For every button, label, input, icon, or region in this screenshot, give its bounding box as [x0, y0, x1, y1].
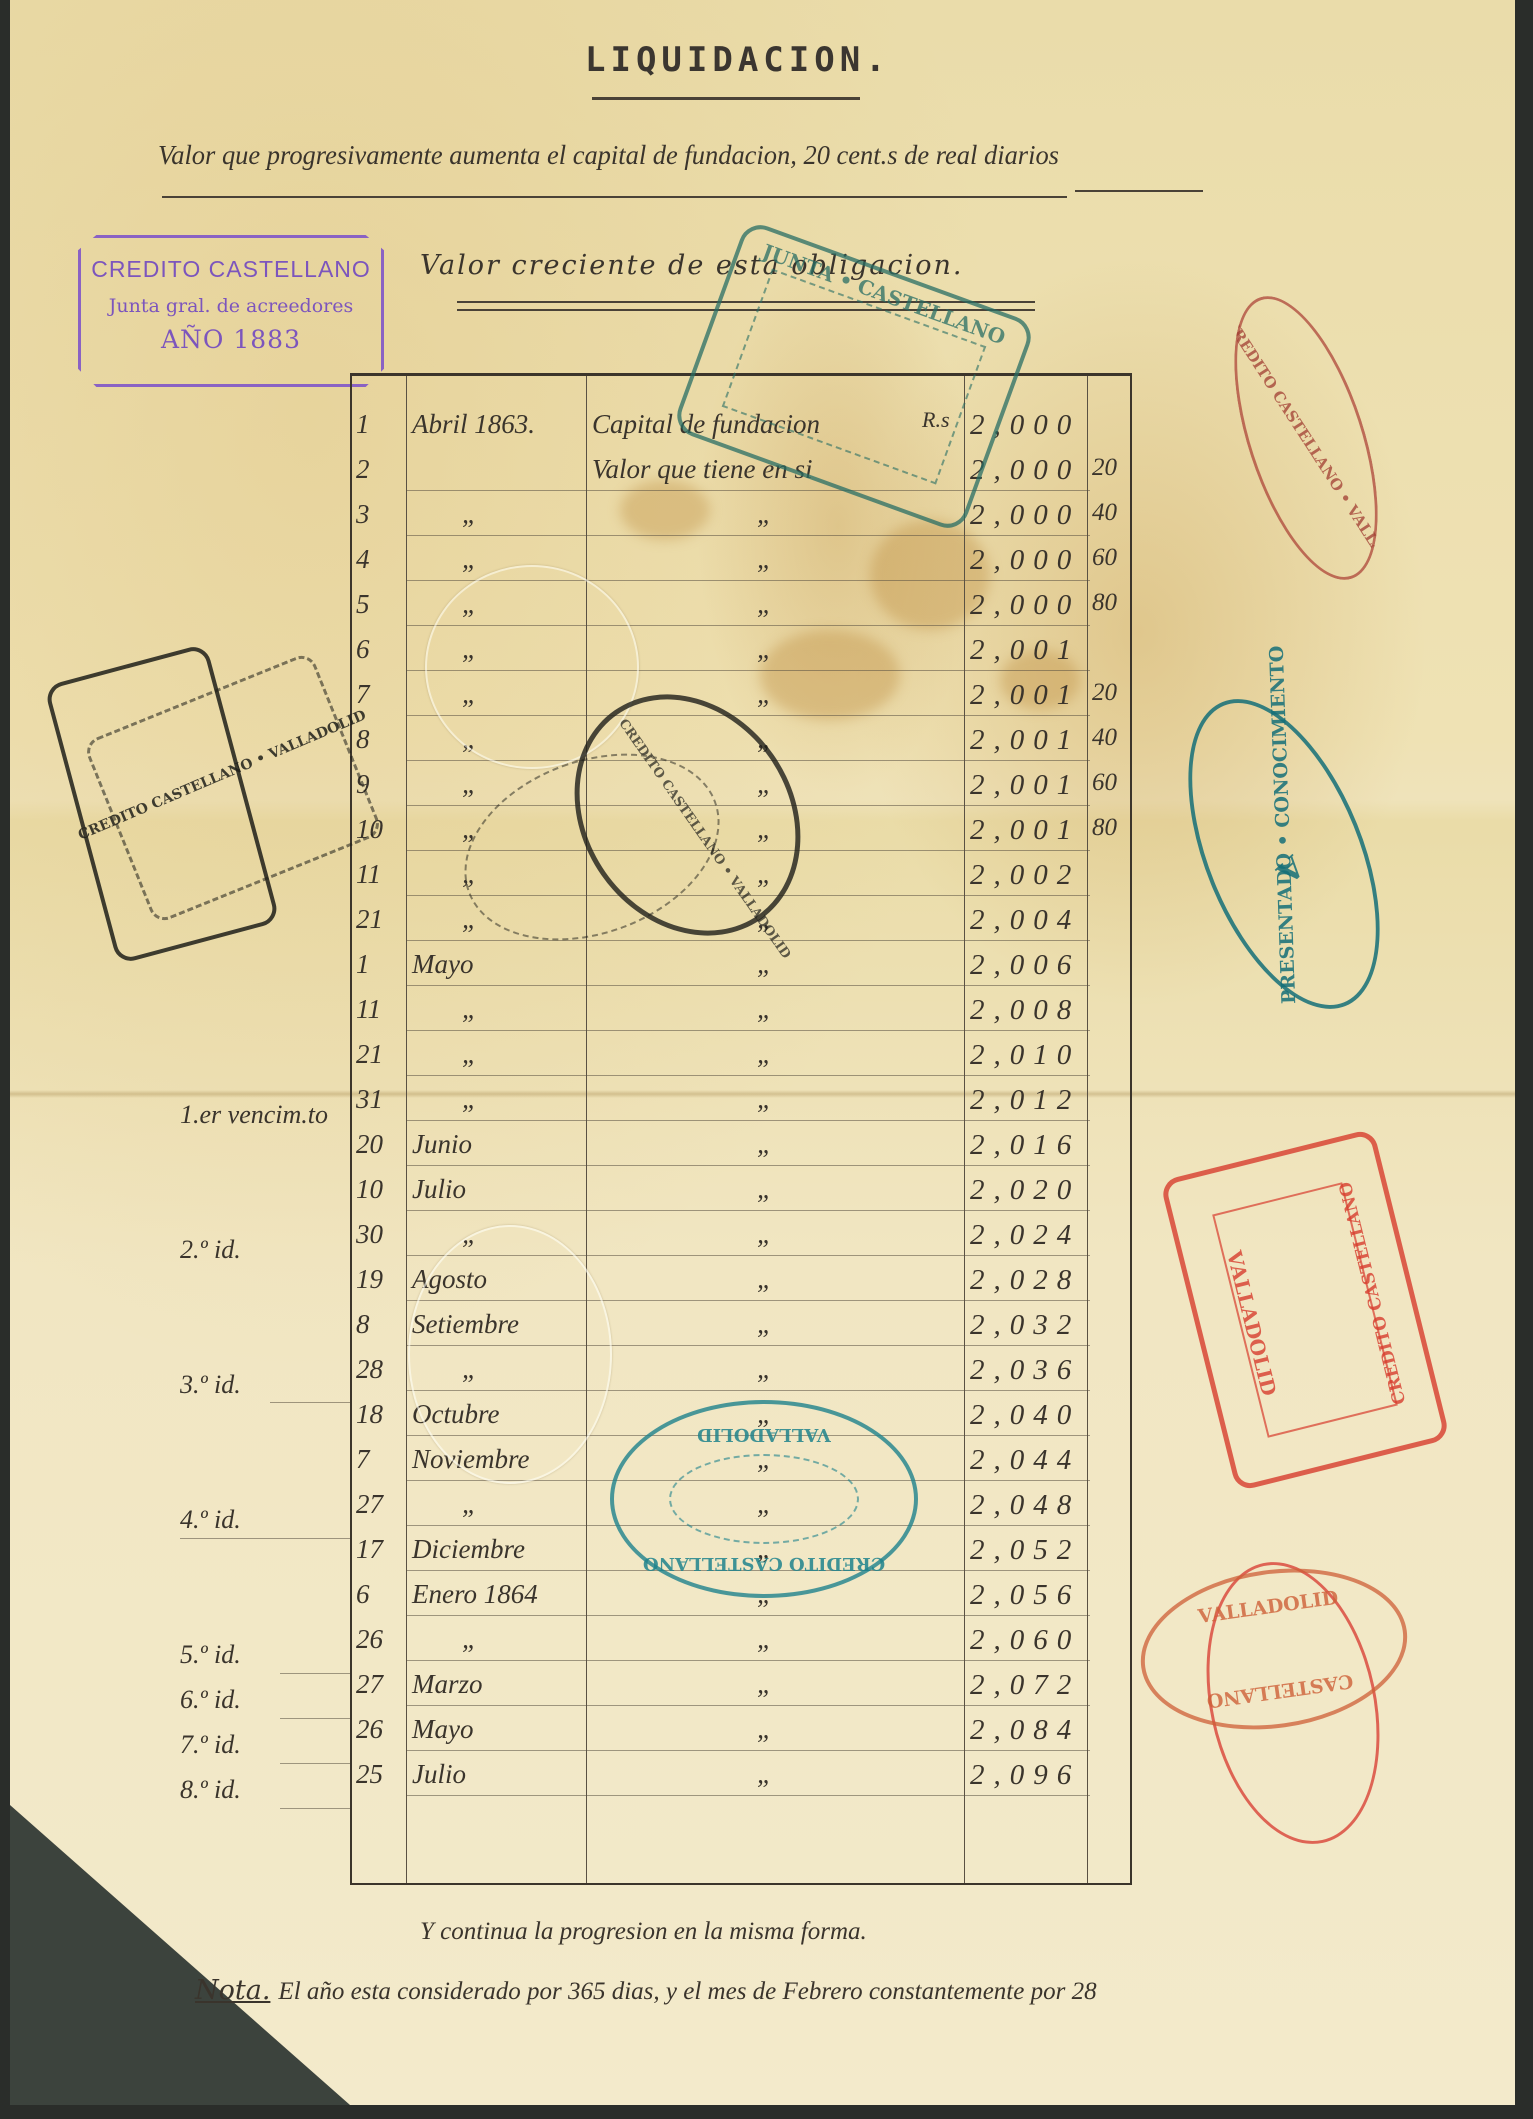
- maturity-rule: [280, 1673, 350, 1674]
- table-row: 10 Julio „ 2,020: [352, 1166, 1130, 1211]
- maturity-rule: [280, 1718, 350, 1719]
- table-row: 5 „ „ 2,000 80: [352, 581, 1130, 626]
- table-row: 7 „ „ 2,001 20: [352, 671, 1130, 716]
- row-day: 8: [356, 1309, 406, 1340]
- note-label: Nota.: [195, 1975, 270, 2006]
- row-day: 9: [356, 769, 406, 800]
- maturity-label: 7.º id.: [180, 1730, 241, 1760]
- maturity-label: 3.º id.: [180, 1370, 241, 1400]
- row-amount: 2,000: [970, 499, 1080, 532]
- row-amount: 2,024: [970, 1219, 1080, 1252]
- row-month: Agosto: [412, 1264, 487, 1295]
- row-description: „: [757, 1579, 772, 1610]
- maturity-label: 4.º id.: [180, 1505, 241, 1535]
- table-row: 11 „ „ 2,002: [352, 851, 1130, 896]
- row-day: 27: [356, 1669, 406, 1700]
- row-cents: 80: [1092, 814, 1117, 842]
- table-row: 10 „ „ 2,001 80: [352, 806, 1130, 851]
- row-cents: 40: [1092, 499, 1117, 527]
- row-amount: 2,096: [970, 1759, 1080, 1792]
- maturity-rule: [180, 1538, 350, 1539]
- row-month: „: [462, 499, 477, 530]
- purple-rect-stamp: CREDITO CASTELLANO Junta gral. de acreed…: [78, 235, 384, 387]
- title-underline: [592, 97, 860, 100]
- row-description: „: [757, 1669, 772, 1700]
- row-amount: 2,010: [970, 1039, 1080, 1072]
- row-month: „: [462, 904, 477, 935]
- footer-note: Nota.El año esta considerado por 365 dia…: [195, 1975, 1097, 2006]
- table-row: 6 Enero 1864 „ 2,056: [352, 1571, 1130, 1616]
- row-amount: 2,040: [970, 1399, 1080, 1432]
- table-row: 21 „ „ 2,004: [352, 896, 1130, 941]
- document-title: LIQUIDACION.: [585, 40, 885, 80]
- row-description: „: [757, 499, 772, 530]
- row-unit: R.s: [922, 407, 950, 433]
- row-day: 26: [356, 1624, 406, 1655]
- row-day: 17: [356, 1534, 406, 1565]
- table-row: 11 „ „ 2,008: [352, 986, 1130, 1031]
- maturity-rule: [270, 1402, 350, 1403]
- row-day: 11: [356, 859, 406, 890]
- table-row: 2 Valor que tiene en si 2,000 20: [352, 446, 1130, 491]
- row-description: Valor que tiene en si: [592, 454, 962, 485]
- row-day: 3: [356, 499, 406, 530]
- row-day: 8: [356, 724, 406, 755]
- row-day: 26: [356, 1714, 406, 1745]
- row-month: „: [462, 994, 477, 1025]
- rate-underline: [1075, 190, 1203, 192]
- row-day: 20: [356, 1129, 406, 1160]
- row-amount: 2,044: [970, 1444, 1080, 1477]
- row-day: 18: [356, 1399, 406, 1430]
- row-month: Abril 1863.: [412, 409, 535, 440]
- subtitle: Valor que progresivamente aumenta el cap…: [158, 140, 1363, 171]
- row-description: Capital de fundacion: [592, 409, 962, 440]
- row-day: 5: [356, 589, 406, 620]
- row-day: 10: [356, 814, 406, 845]
- table-row: 18 Octubre „ 2,040: [352, 1391, 1130, 1436]
- row-description: „: [757, 1624, 772, 1655]
- maturity-label: 2.º id.: [180, 1235, 241, 1265]
- row-month: „: [462, 724, 477, 755]
- row-month: „: [462, 769, 477, 800]
- row-description: „: [757, 1444, 772, 1475]
- table-row: 9 „ „ 2,001 60: [352, 761, 1130, 806]
- subtitle-rate: 20 cent.s de real diarios: [803, 140, 1059, 170]
- table-row: 8 Setiembre „ 2,032: [352, 1301, 1130, 1346]
- row-description: „: [757, 1759, 772, 1790]
- row-amount: 2,000: [970, 454, 1080, 487]
- row-amount: 2,016: [970, 1129, 1080, 1162]
- row-cents: 60: [1092, 769, 1117, 797]
- row-amount: 2,048: [970, 1489, 1080, 1522]
- row-day: 4: [356, 544, 406, 575]
- heading-rule-top: [457, 301, 1035, 303]
- row-description: „: [757, 1039, 772, 1070]
- heading-rule-bottom: [457, 309, 1035, 311]
- row-amount: 2,056: [970, 1579, 1080, 1612]
- row-month: Mayo: [412, 1714, 473, 1745]
- maturity-label: 5.º id.: [180, 1640, 241, 1670]
- row-description: „: [757, 814, 772, 845]
- stamp-line-2: Junta gral. de acreedores: [81, 295, 381, 317]
- row-day: 7: [356, 679, 406, 710]
- row-day: 27: [356, 1489, 406, 1520]
- row-day: 6: [356, 1579, 406, 1610]
- row-day: 2: [356, 454, 406, 485]
- row-description: „: [757, 1489, 772, 1520]
- row-day: 1: [356, 949, 406, 980]
- row-month: Enero 1864: [412, 1579, 538, 1610]
- row-cents: 80: [1092, 589, 1117, 617]
- subtitle-underline: [162, 196, 1067, 198]
- table-row: 4 „ „ 2,000 60: [352, 536, 1130, 581]
- row-amount: 2,000: [970, 409, 1080, 442]
- row-description: „: [757, 949, 772, 980]
- row-month: „: [462, 859, 477, 890]
- row-month: Marzo: [412, 1669, 483, 1700]
- row-month: Octubre: [412, 1399, 499, 1430]
- row-description: „: [757, 544, 772, 575]
- row-month: „: [462, 589, 477, 620]
- row-month: „: [462, 634, 477, 665]
- row-month: „: [462, 1219, 477, 1250]
- row-day: 6: [356, 634, 406, 665]
- row-month: „: [462, 679, 477, 710]
- row-amount: 2,012: [970, 1084, 1080, 1117]
- table-row: 31 „ „ 2,012: [352, 1076, 1130, 1121]
- table-row: 3 „ „ 2,000 40: [352, 491, 1130, 536]
- row-description: „: [757, 589, 772, 620]
- row-month: „: [462, 1084, 477, 1115]
- row-amount: 2,060: [970, 1624, 1080, 1657]
- row-description: „: [757, 1354, 772, 1385]
- row-description: „: [757, 1309, 772, 1340]
- table-row: 1 Abril 1863. Capital de fundacion R.s 2…: [352, 401, 1130, 446]
- table-row: 20 Junio „ 2,016: [352, 1121, 1130, 1166]
- row-description: „: [757, 1174, 772, 1205]
- row-month: Julio: [412, 1759, 466, 1790]
- row-cents: 20: [1092, 679, 1117, 707]
- row-amount: 2,028: [970, 1264, 1080, 1297]
- row-amount: 2,008: [970, 994, 1080, 1027]
- table-row: 17 Diciembre „ 2,052: [352, 1526, 1130, 1571]
- table-row: 21 „ „ 2,010: [352, 1031, 1130, 1076]
- table-row: 6 „ „ 2,001: [352, 626, 1130, 671]
- row-cents: 60: [1092, 544, 1117, 572]
- row-description: „: [757, 1129, 772, 1160]
- row-description: „: [757, 1219, 772, 1250]
- row-description: „: [757, 724, 772, 755]
- row-cents: 40: [1092, 724, 1117, 752]
- table-row: 25 Julio „ 2,096: [352, 1751, 1130, 1796]
- row-amount: 2,072: [970, 1669, 1080, 1702]
- row-description: „: [757, 904, 772, 935]
- row-day: 1: [356, 409, 406, 440]
- row-month: „: [462, 814, 477, 845]
- continuation-note: Y continua la progresion en la misma for…: [420, 1918, 867, 1946]
- row-amount: 2,052: [970, 1534, 1080, 1567]
- table-row: 26 „ „ 2,060: [352, 1616, 1130, 1661]
- row-month: Diciembre: [412, 1534, 525, 1565]
- row-amount: 2,084: [970, 1714, 1080, 1747]
- row-day: 21: [356, 1039, 406, 1070]
- table-row: 19 Agosto „ 2,028: [352, 1256, 1130, 1301]
- stamp-line-1: CREDITO CASTELLANO: [81, 256, 381, 283]
- row-day: 28: [356, 1354, 406, 1385]
- row-month: Setiembre: [412, 1309, 519, 1340]
- table-heading: Valor creciente de esta obligacion.: [420, 250, 963, 281]
- table-row: 28 „ „ 2,036: [352, 1346, 1130, 1391]
- maturity-rule: [280, 1763, 350, 1764]
- maturity-label: 1.er vencim.to: [180, 1100, 328, 1130]
- valuation-table: 1 Abril 1863. Capital de fundacion R.s 2…: [350, 373, 1132, 1885]
- row-day: 19: [356, 1264, 406, 1295]
- row-amount: 2,001: [970, 814, 1080, 847]
- row-description: „: [757, 1714, 772, 1745]
- row-description: „: [757, 769, 772, 800]
- table-row: 26 Mayo „ 2,084: [352, 1706, 1130, 1751]
- row-day: 11: [356, 994, 406, 1025]
- row-month: „: [462, 1354, 477, 1385]
- table-row: 27 „ „ 2,048: [352, 1481, 1130, 1526]
- row-amount: 2,001: [970, 769, 1080, 802]
- row-month: Noviembre: [412, 1444, 529, 1475]
- row-description: „: [757, 994, 772, 1025]
- row-description: „: [757, 1264, 772, 1295]
- row-day: 7: [356, 1444, 406, 1475]
- row-amount: 2,036: [970, 1354, 1080, 1387]
- row-amount: 2,004: [970, 904, 1080, 937]
- row-amount: 2,001: [970, 634, 1080, 667]
- row-amount: 2,032: [970, 1309, 1080, 1342]
- row-cents: 20: [1092, 454, 1117, 482]
- row-amount: 2,001: [970, 679, 1080, 712]
- row-description: „: [757, 859, 772, 890]
- row-amount: 2,002: [970, 859, 1080, 892]
- row-month: „: [462, 1624, 477, 1655]
- row-amount: 2,000: [970, 544, 1080, 577]
- row-month: „: [462, 1489, 477, 1520]
- subtitle-main: Valor que progresivamente aumenta el cap…: [158, 140, 797, 170]
- row-day: 30: [356, 1219, 406, 1250]
- row-day: 10: [356, 1174, 406, 1205]
- row-description: „: [757, 634, 772, 665]
- maturity-rule: [280, 1808, 350, 1809]
- row-amount: 2,020: [970, 1174, 1080, 1207]
- row-month: Julio: [412, 1174, 466, 1205]
- stamp-line-3: AÑO 1883: [81, 325, 381, 354]
- table-row: 7 Noviembre „ 2,044: [352, 1436, 1130, 1481]
- row-day: 21: [356, 904, 406, 935]
- note-text: El año esta considerado por 365 dias, y …: [278, 1978, 1096, 2005]
- row-month: Junio: [412, 1129, 472, 1160]
- row-rule: [407, 1795, 1090, 1796]
- row-amount: 2,001: [970, 724, 1080, 757]
- row-description: „: [757, 679, 772, 710]
- maturity-label: 6.º id.: [180, 1685, 241, 1715]
- row-day: 31: [356, 1084, 406, 1115]
- table-row: 1 Mayo „ 2,006: [352, 941, 1130, 986]
- table-row: 27 Marzo „ 2,072: [352, 1661, 1130, 1706]
- row-description: „: [757, 1534, 772, 1565]
- row-amount: 2,000: [970, 589, 1080, 622]
- row-month: Mayo: [412, 949, 473, 980]
- maturity-label: 8.º id.: [180, 1775, 241, 1805]
- table-row: 30 „ „ 2,024: [352, 1211, 1130, 1256]
- row-month: „: [462, 544, 477, 575]
- row-month: „: [462, 1039, 477, 1070]
- row-description: „: [757, 1399, 772, 1430]
- row-amount: 2,006: [970, 949, 1080, 982]
- row-day: 25: [356, 1759, 406, 1790]
- table-row: 8 „ „ 2,001 40: [352, 716, 1130, 761]
- row-description: „: [757, 1084, 772, 1115]
